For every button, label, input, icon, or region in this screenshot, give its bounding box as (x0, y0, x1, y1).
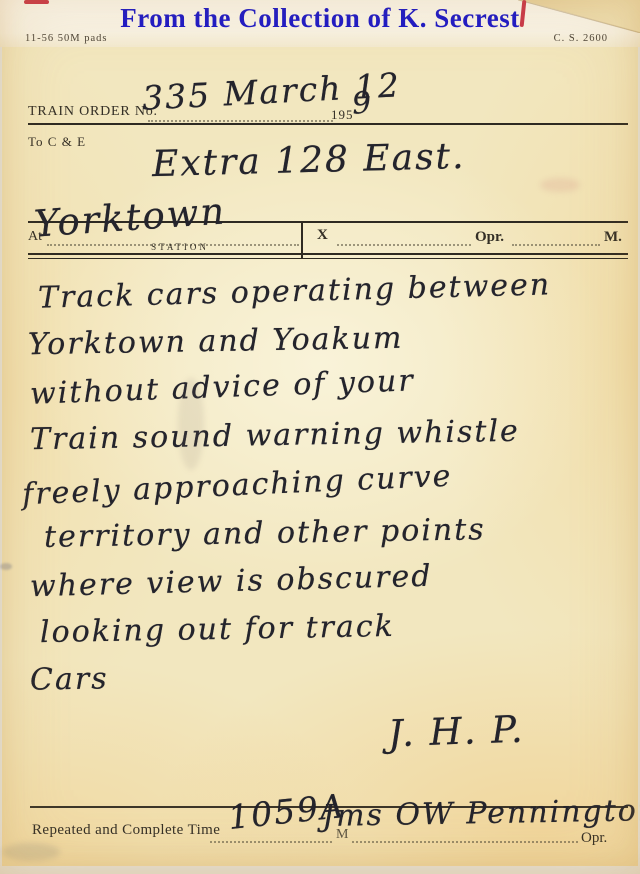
order-body-line: Cars (30, 659, 109, 700)
form-code-left: 11-56 50M pads (25, 33, 107, 44)
order-body-line: looking out for track (40, 607, 395, 653)
opr-dotted-line (512, 228, 600, 246)
station-caption: STATION (118, 242, 242, 252)
operator-signature-handwritten: Jms OW Pennington (322, 793, 640, 834)
order-body-line: Yorktown and Yoakum (28, 319, 404, 366)
opr-bottom-label: Opr. (581, 830, 607, 847)
m-label: M. (604, 229, 622, 246)
scan-bottom-edge (0, 866, 640, 874)
order-rule (28, 123, 628, 125)
repeated-complete-label: Repeated and Complete Time (32, 822, 220, 839)
year-digit-handwritten: 9 (351, 85, 374, 121)
at-rule-bottom-thick (28, 253, 628, 255)
address-handwritten: Extra 128 East. (152, 136, 466, 185)
order-body-line: Train sound warning whistle (30, 412, 520, 461)
at-rule-bottom-thin (28, 258, 628, 259)
signature-handwritten: J. H. P. (387, 708, 525, 756)
collection-stamp: From the Collection of K. Secrest (0, 3, 640, 34)
x-dotted-line (337, 228, 471, 246)
x-label: X (317, 227, 328, 244)
order-number-label: TRAIN ORDER No. (28, 104, 158, 120)
year-printed: 195 (331, 107, 354, 123)
scanned-train-order-document: From the Collection of K. Secrest 11-56 … (0, 0, 640, 874)
form-code-right: C. S. 2600 (554, 33, 608, 44)
order-body-line: territory and other points (44, 510, 486, 558)
opr-label: Opr. (475, 229, 504, 246)
to-label: To C & E (28, 134, 86, 150)
